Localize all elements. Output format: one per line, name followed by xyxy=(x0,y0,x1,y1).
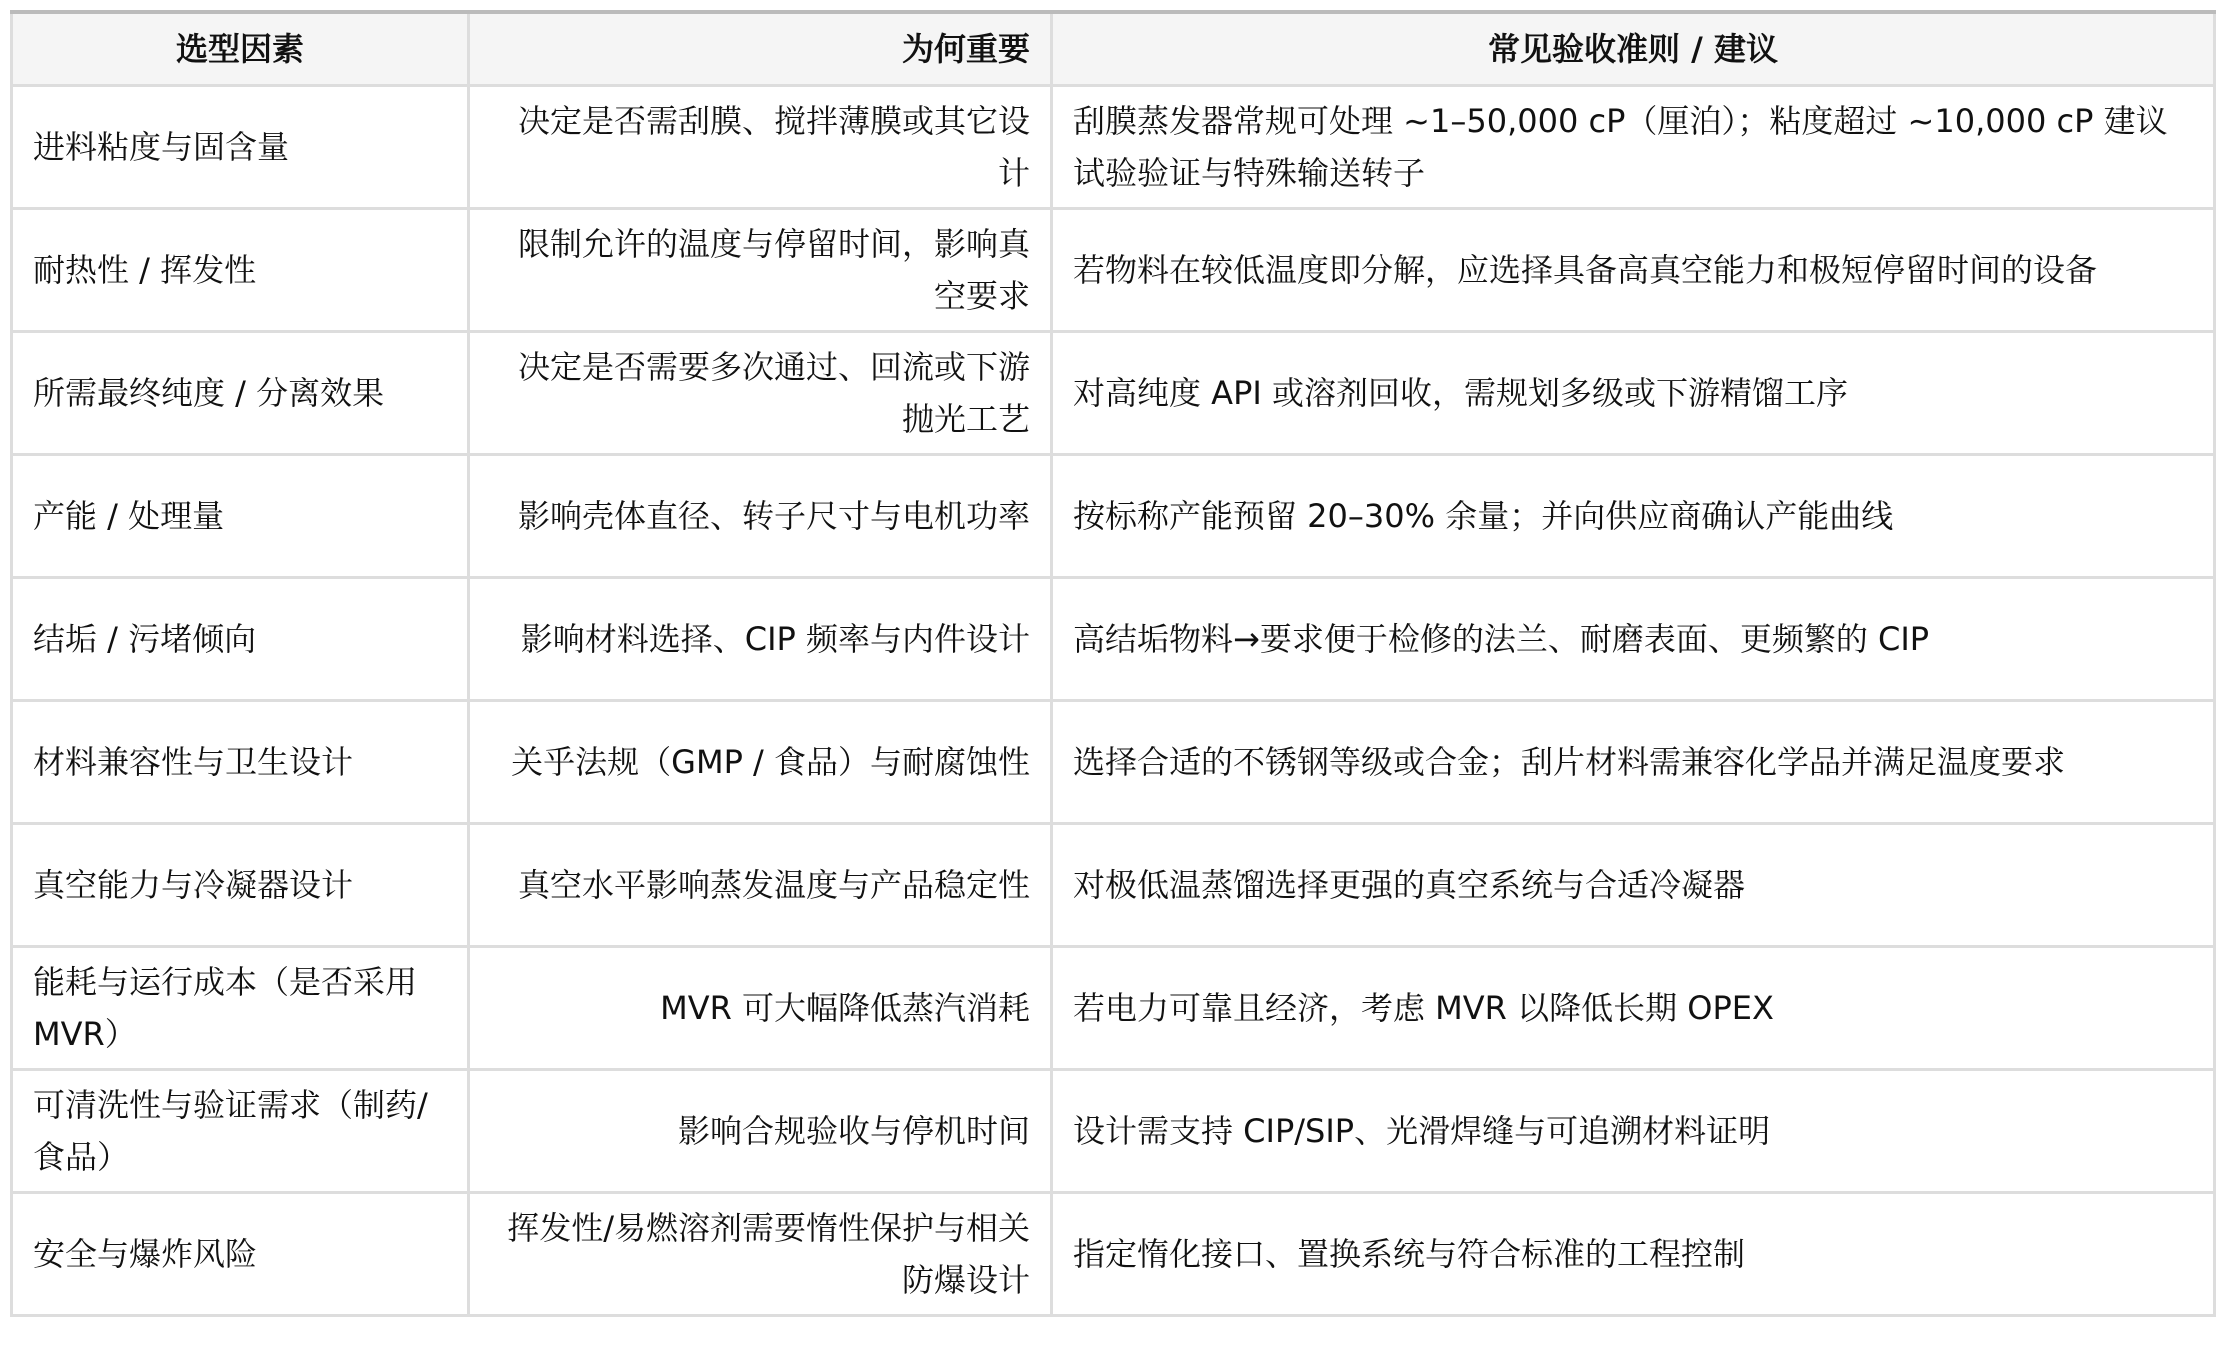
cell-factor: 可清洗性与验证需求（制药/食品） xyxy=(12,1070,469,1193)
cell-factor: 耐热性 / 挥发性 xyxy=(12,209,469,332)
cell-criteria: 刮膜蒸发器常规可处理 ~1–50,000 cP（厘泊）；粘度超过 ~10,000… xyxy=(1052,86,2215,209)
cell-factor: 结垢 / 污堵倾向 xyxy=(12,578,469,701)
cell-importance: 影响材料选择、CIP 频率与内件设计 xyxy=(469,578,1052,701)
cell-factor: 产能 / 处理量 xyxy=(12,455,469,578)
cell-criteria: 若物料在较低温度即分解，应选择具备高真空能力和极短停留时间的设备 xyxy=(1052,209,2215,332)
table-row: 可清洗性与验证需求（制药/食品） 影响合规验收与停机时间 设计需支持 CIP/S… xyxy=(12,1070,2215,1193)
cell-factor: 材料兼容性与卫生设计 xyxy=(12,701,469,824)
table-row: 安全与爆炸风险 挥发性/易燃溶剂需要惰性保护与相关防爆设计 指定惰化接口、置换系… xyxy=(12,1193,2215,1316)
cell-criteria: 按标称产能预留 20–30% 余量；并向供应商确认产能曲线 xyxy=(1052,455,2215,578)
cell-factor: 能耗与运行成本（是否采用 MVR） xyxy=(12,947,469,1070)
cell-criteria: 对高纯度 API 或溶剂回收，需规划多级或下游精馏工序 xyxy=(1052,332,2215,455)
cell-criteria: 对极低温蒸馏选择更强的真空系统与合适冷凝器 xyxy=(1052,824,2215,947)
table-row: 材料兼容性与卫生设计 关乎法规（GMP / 食品）与耐腐蚀性 选择合适的不锈钢等… xyxy=(12,701,2215,824)
cell-criteria: 若电力可靠且经济，考虑 MVR 以降低长期 OPEX xyxy=(1052,947,2215,1070)
cell-factor: 真空能力与冷凝器设计 xyxy=(12,824,469,947)
cell-importance: 决定是否需刮膜、搅拌薄膜或其它设计 xyxy=(469,86,1052,209)
cell-criteria: 指定惰化接口、置换系统与符合标准的工程控制 xyxy=(1052,1193,2215,1316)
cell-importance: 影响壳体直径、转子尺寸与电机功率 xyxy=(469,455,1052,578)
table-header-row: 选型因素 为何重要 常见验收准则 / 建议 xyxy=(12,12,2215,86)
cell-importance: 真空水平影响蒸发温度与产品稳定性 xyxy=(469,824,1052,947)
column-header-criteria: 常见验收准则 / 建议 xyxy=(1052,12,2215,86)
cell-criteria: 选择合适的不锈钢等级或合金；刮片材料需兼容化学品并满足温度要求 xyxy=(1052,701,2215,824)
column-header-factor: 选型因素 xyxy=(12,12,469,86)
cell-importance: 挥发性/易燃溶剂需要惰性保护与相关防爆设计 xyxy=(469,1193,1052,1316)
table-row: 进料粘度与固含量 决定是否需刮膜、搅拌薄膜或其它设计 刮膜蒸发器常规可处理 ~1… xyxy=(12,86,2215,209)
cell-factor: 所需最终纯度 / 分离效果 xyxy=(12,332,469,455)
selection-factors-table: 选型因素 为何重要 常见验收准则 / 建议 进料粘度与固含量 决定是否需刮膜、搅… xyxy=(10,10,2216,1317)
column-header-importance: 为何重要 xyxy=(469,12,1052,86)
cell-criteria: 设计需支持 CIP/SIP、光滑焊缝与可追溯材料证明 xyxy=(1052,1070,2215,1193)
table-row: 真空能力与冷凝器设计 真空水平影响蒸发温度与产品稳定性 对极低温蒸馏选择更强的真… xyxy=(12,824,2215,947)
table-row: 结垢 / 污堵倾向 影响材料选择、CIP 频率与内件设计 高结垢物料→要求便于检… xyxy=(12,578,2215,701)
table-row: 能耗与运行成本（是否采用 MVR） MVR 可大幅降低蒸汽消耗 若电力可靠且经济… xyxy=(12,947,2215,1070)
cell-importance: 决定是否需要多次通过、回流或下游抛光工艺 xyxy=(469,332,1052,455)
table-row: 产能 / 处理量 影响壳体直径、转子尺寸与电机功率 按标称产能预留 20–30%… xyxy=(12,455,2215,578)
cell-factor: 进料粘度与固含量 xyxy=(12,86,469,209)
selection-factors-table-container: 选型因素 为何重要 常见验收准则 / 建议 进料粘度与固含量 决定是否需刮膜、搅… xyxy=(10,10,2216,1317)
table-row: 所需最终纯度 / 分离效果 决定是否需要多次通过、回流或下游抛光工艺 对高纯度 … xyxy=(12,332,2215,455)
cell-factor: 安全与爆炸风险 xyxy=(12,1193,469,1316)
cell-importance: MVR 可大幅降低蒸汽消耗 xyxy=(469,947,1052,1070)
cell-criteria: 高结垢物料→要求便于检修的法兰、耐磨表面、更频繁的 CIP xyxy=(1052,578,2215,701)
cell-importance: 影响合规验收与停机时间 xyxy=(469,1070,1052,1193)
table-row: 耐热性 / 挥发性 限制允许的温度与停留时间，影响真空要求 若物料在较低温度即分… xyxy=(12,209,2215,332)
cell-importance: 限制允许的温度与停留时间，影响真空要求 xyxy=(469,209,1052,332)
cell-importance: 关乎法规（GMP / 食品）与耐腐蚀性 xyxy=(469,701,1052,824)
